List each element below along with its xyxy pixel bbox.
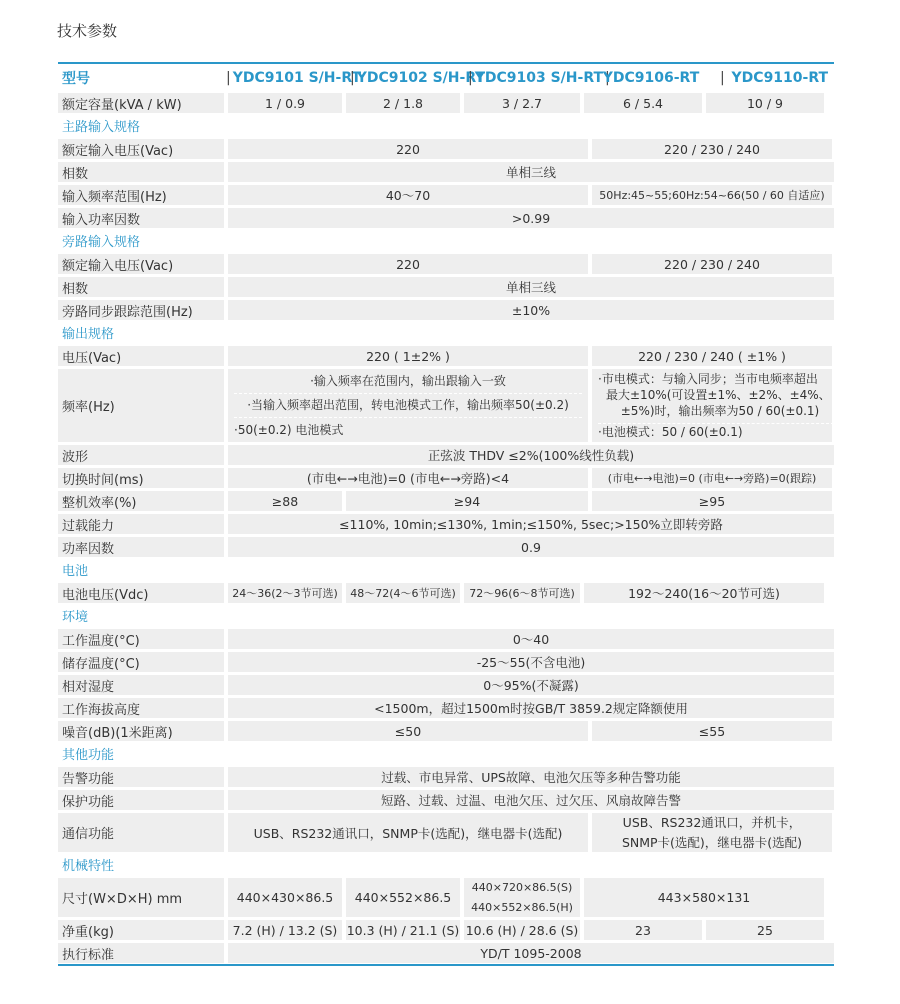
table-row: 噪音(dB)(1米距离) ≤50 ≤55 [58, 719, 834, 742]
cell: 1 / 0.9 [228, 93, 342, 113]
section-battery: 电池 [58, 558, 834, 581]
cell: USB、RS232通讯口，并机卡， SNMP卡(选配)，继电器卡(选配) [592, 813, 832, 852]
table-row: 频率(Hz) ·输入频率在范围内，输出跟输入一致 ·当输入频率超出范围，转电池模… [58, 367, 834, 443]
cell: 48～72(4～6节可选) [346, 583, 460, 603]
cell: ≥88 [228, 491, 342, 511]
cell-line: USB、RS232通讯口，并机卡， [623, 813, 802, 833]
table-row: 旁路同步跟踪范围(Hz) ±10% [58, 298, 834, 321]
table-row: 额定输入电压(Vac) 220 220 / 230 / 240 [58, 137, 834, 160]
note-line: ·50(±0.2) 电池模式 [234, 422, 343, 438]
section-main-input: 主路输入规格 [58, 114, 834, 137]
table-row: 额定容量(kVA / kW) 1 / 0.9 2 / 1.8 3 / 2.7 6… [58, 91, 834, 114]
cell: 过载、市电异常、UPS故障、电池欠压等多种告警功能 [228, 767, 834, 787]
cell: 23 [584, 920, 702, 940]
cell: 50Hz:45~55;60Hz:54~66(50 / 60 自适应) [592, 185, 832, 205]
model-label: 型号 [58, 68, 224, 88]
table-row: 波形 正弦波 THDV ≤2%(100%线性负载) [58, 443, 834, 466]
table-row: 执行标准 YD/T 1095-2008 [58, 941, 834, 964]
table-row: 过载能力 ≤110%, 10min;≤130%, 1min;≤150%, 5se… [58, 512, 834, 535]
row-label: 输入频率范围(Hz) [58, 185, 224, 205]
cell: 10 / 9 [706, 93, 824, 113]
cell: 72～96(6～8节可选) [464, 583, 580, 603]
cell: ≤110%, 10min;≤130%, 1min;≤150%, 5sec;>15… [228, 514, 834, 534]
model-3: |YDC9103 S/H-RT| [466, 70, 590, 86]
section-output: 输出规格 [58, 321, 834, 344]
table-row: 电压(Vac) 220 ( 1±2% ) 220 / 230 / 240 ( ±… [58, 344, 834, 367]
note-line: ·电池模式：50 / 60(±0.1) [598, 424, 743, 440]
cell: 440×552×86.5 [346, 878, 460, 917]
cell: ·市电模式：与输入同步；当市电频率超出 最大±10%(可设置±1%、±2%、±4… [592, 369, 832, 442]
note-line: ±5%)时，输出频率为50 / 60(±0.1) [598, 403, 832, 424]
table-row: 相数 单相三线 [58, 275, 834, 298]
cell: USB、RS232通讯口，SNMP卡(选配)，继电器卡(选配) [228, 813, 588, 852]
row-label: 整机效率(%) [58, 491, 224, 511]
row-label: 额定容量(kVA / kW) [58, 93, 224, 113]
cell: 220 / 230 / 240 [592, 139, 832, 159]
row-label: 净重(kg) [58, 920, 224, 940]
table-row: 净重(kg) 7.2 (H) / 13.2 (S) 10.3 (H) / 21.… [58, 918, 834, 941]
row-label: 通信功能 [58, 813, 224, 852]
row-label: 工作海拔高度 [58, 698, 224, 718]
bottom-rule [58, 964, 834, 966]
cell-line: SNMP卡(选配)，继电器卡(选配) [622, 833, 802, 853]
row-label: 输入功率因数 [58, 208, 224, 228]
section-bypass-input: 旁路输入规格 [58, 229, 834, 252]
row-label: 告警功能 [58, 767, 224, 787]
cell: YD/T 1095-2008 [228, 943, 834, 963]
cell: (市电←→电池)=0 (市电←→旁路)<4 [228, 468, 588, 488]
row-label: 功率因数 [58, 537, 224, 557]
cell: 220 [228, 254, 588, 274]
table-row: 切换时间(ms) (市电←→电池)=0 (市电←→旁路)<4 (市电←→电池)=… [58, 466, 834, 489]
note-line: 最大±10%(可设置±1%、±2%、±4%、 [598, 387, 831, 403]
cell: 0～40 [228, 629, 834, 649]
cell: -25～55(不含电池) [228, 652, 834, 672]
cell-line: 440×552×86.5(H) [471, 898, 573, 918]
model-1: |YDC9101 S/H-RT [224, 70, 348, 86]
cell: 443×580×131 [584, 878, 824, 917]
row-label: 频率(Hz) [58, 369, 224, 442]
cell: 220 [228, 139, 588, 159]
table-row: 工作温度(°C) 0～40 [58, 627, 834, 650]
cell: 40～70 [228, 185, 588, 205]
row-label: 波形 [58, 445, 224, 465]
row-label: 电池电压(Vdc) [58, 583, 224, 603]
row-label: 噪音(dB)(1米距离) [58, 721, 224, 741]
cell: 单相三线 [228, 162, 834, 182]
section-environment: 环境 [58, 604, 834, 627]
cell: 10.6 (H) / 28.6 (S) [464, 920, 580, 940]
table-row: 告警功能 过载、市电异常、UPS故障、电池欠压等多种告警功能 [58, 765, 834, 788]
row-label: 储存温度(°C) [58, 652, 224, 672]
cell: ·输入频率在范围内，输出跟输入一致 ·当输入频率超出范围，转电池模式工作，输出频… [228, 369, 588, 442]
model-2: |YDC9102 S/H-RT [348, 70, 466, 86]
cell: ≥95 [592, 491, 832, 511]
table-row: 电池电压(Vdc) 24～36(2～3节可选) 48～72(4～6节可选) 72… [58, 581, 834, 604]
row-label: 相对湿度 [58, 675, 224, 695]
row-label: 电压(Vac) [58, 346, 224, 366]
model-5: | YDC9110-RT [712, 70, 834, 86]
row-label: 保护功能 [58, 790, 224, 810]
note-line: ·市电模式：与输入同步；当市电频率超出 [598, 371, 818, 387]
row-label: 工作温度(°C) [58, 629, 224, 649]
row-label: 相数 [58, 162, 224, 182]
cell: 0.9 [228, 537, 834, 557]
table-row: 相数 单相三线 [58, 160, 834, 183]
row-label: 旁路同步跟踪范围(Hz) [58, 300, 224, 320]
table-row: 保护功能 短路、过载、过温、电池欠压、过欠压、风扇故障告警 [58, 788, 834, 811]
cell: 2 / 1.8 [346, 93, 460, 113]
note-line: ·当输入频率超出范围，转电池模式工作，输出频率50(±0.2) [234, 397, 582, 418]
cell: (市电←→电池)=0 (市电←→旁路)=0(跟踪) [592, 468, 832, 488]
cell: 25 [706, 920, 824, 940]
table-row: 通信功能 USB、RS232通讯口，SNMP卡(选配)，继电器卡(选配) USB… [58, 811, 834, 853]
table-row: 工作海拔高度 <1500m，超过1500m时按GB/T 3859.2规定降额使用 [58, 696, 834, 719]
cell: 0～95%(不凝露) [228, 675, 834, 695]
cell: 220 / 230 / 240 [592, 254, 832, 274]
row-label: 过载能力 [58, 514, 224, 534]
table-row: 输入功率因数 >0.99 [58, 206, 834, 229]
cell: ≤50 [228, 721, 588, 741]
table-row: 相对湿度 0～95%(不凝露) [58, 673, 834, 696]
section-mechanical: 机械特性 [58, 853, 834, 876]
section-other: 其他功能 [58, 742, 834, 765]
cell: 6 / 5.4 [584, 93, 702, 113]
cell: 220 / 230 / 240 ( ±1% ) [592, 346, 832, 366]
cell: 440×430×86.5 [228, 878, 342, 917]
cell: 24～36(2～3节可选) [228, 583, 342, 603]
model-4: YDC9106-RT [590, 70, 712, 86]
cell: <1500m，超过1500m时按GB/T 3859.2规定降额使用 [228, 698, 834, 718]
note-line: ·输入频率在范围内，输出跟输入一致 [234, 373, 582, 394]
cell: >0.99 [228, 208, 834, 228]
cell: ±10% [228, 300, 834, 320]
cell: ≤55 [592, 721, 832, 741]
row-label: 尺寸(W×D×H) mm [58, 878, 224, 917]
row-label: 切换时间(ms) [58, 468, 224, 488]
cell: 单相三线 [228, 277, 834, 297]
cell: 7.2 (H) / 13.2 (S) [228, 920, 342, 940]
cell: ≥94 [346, 491, 588, 511]
spec-table: 型号 |YDC9101 S/H-RT |YDC9102 S/H-RT |YDC9… [58, 62, 834, 966]
table-row: 尺寸(W×D×H) mm 440×430×86.5 440×552×86.5 4… [58, 876, 834, 918]
table-row: 功率因数 0.9 [58, 535, 834, 558]
cell: 3 / 2.7 [464, 93, 580, 113]
cell: 192～240(16～20节可选) [584, 583, 824, 603]
row-label: 额定输入电压(Vac) [58, 139, 224, 159]
cell: 短路、过载、过温、电池欠压、过欠压、风扇故障告警 [228, 790, 834, 810]
cell-line: 440×720×86.5(S) [472, 878, 572, 898]
row-label: 额定输入电压(Vac) [58, 254, 224, 274]
cell: 正弦波 THDV ≤2%(100%线性负载) [228, 445, 834, 465]
model-header-row: 型号 |YDC9101 S/H-RT |YDC9102 S/H-RT |YDC9… [58, 64, 834, 91]
table-row: 输入频率范围(Hz) 40～70 50Hz:45~55;60Hz:54~66(5… [58, 183, 834, 206]
cell: 440×720×86.5(S) 440×552×86.5(H) [464, 878, 580, 917]
cell: 10.3 (H) / 21.1 (S) [346, 920, 460, 940]
cell: 220 ( 1±2% ) [228, 346, 588, 366]
row-label: 执行标准 [58, 943, 224, 963]
table-row: 储存温度(°C) -25～55(不含电池) [58, 650, 834, 673]
table-row: 额定输入电压(Vac) 220 220 / 230 / 240 [58, 252, 834, 275]
table-row: 整机效率(%) ≥88 ≥94 ≥95 [58, 489, 834, 512]
page-title: 技术参数 [57, 20, 117, 41]
row-label: 相数 [58, 277, 224, 297]
